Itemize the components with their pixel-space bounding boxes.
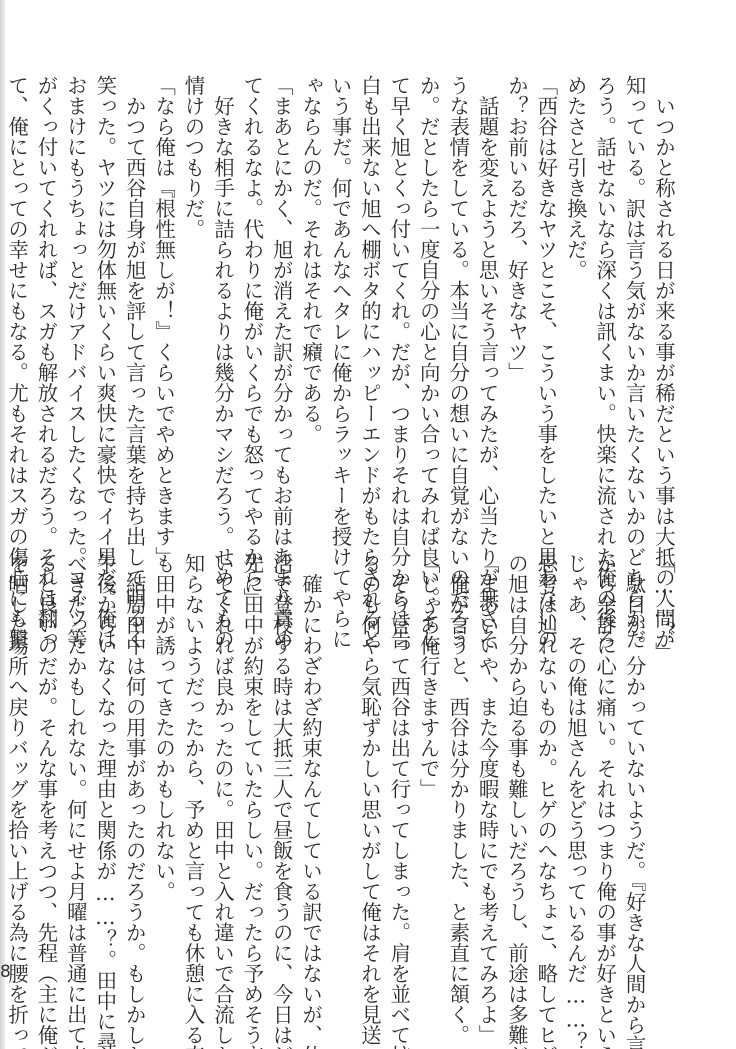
text-column: 午後からいなくなった理由と関係が……？。田中に尋ねてみる [90, 553, 119, 998]
text-column: か？お前いるだろ、好きなヤツ」 [502, 75, 531, 520]
text-column: てくれるなよ。代わりに俺がいくらでも怒ってやるから」 [237, 75, 266, 520]
text-column: 白も出来ない旭へ棚ボタ的にハッピーエンドがもたらされると [355, 75, 384, 520]
text-column: いう事だ。何であんなヘタレに俺からラッキーを授けてやらに [325, 75, 354, 520]
text-column: じゃあ、その俺は旭さんをどう思っているんだ……？』という [560, 553, 589, 998]
text-column: がくっ付いてくれれば、スガも解放されるだろう。それは翻っ [31, 75, 60, 520]
text-column: 駄目か。分かっていないようだ。『好きな人間から言われる [619, 553, 648, 998]
text-column: 笑った。ヤツには勿体無いくらい爽快に豪快でイイ男だ。俺は [90, 75, 119, 520]
text-column: いつかと称される日が来る事が稀だという事は大抵の人間が [649, 75, 678, 520]
text-column: 「まあいいや、また今度暇な時にでも考えてみろよ」 [472, 553, 501, 998]
text-column: いてくれれば良かったのに。田中と入れ違いで合流したスガも [208, 553, 237, 998]
text-column: 知らないようだったから、予めと言っても休憩に入る直前にで [178, 553, 207, 998]
text-column: ろう。話せないなら深くは訊くまい。快楽に流された俺の後ろ [590, 75, 619, 520]
text-column: るのも何やら気恥ずかしい思いがして俺はそれを見送った。 [355, 553, 384, 998]
manga-text-page: 8 いつかと称される日が来る事が稀だという事は大抵の人間が知っている。訳は言う気… [0, 0, 736, 1049]
text-column: おまけにもうちょっとだけアドバイスしたくなった。コイツ等 [60, 75, 89, 520]
text-column: べきだったかもしれない。何にせよ月曜は普通に出て来てくれ [60, 553, 89, 998]
text-column: ると良いのだが。そんな事を考えつつ、先程（主に俺が）痴態 [31, 553, 60, 998]
text-column: 確かにわざわざ約束なんてしている訳ではないが、休日に部 [296, 553, 325, 998]
text-column: 活で登校する時は大抵三人で昼飯を食うのに、今日はどうやら [266, 553, 295, 998]
text-column: て、俺にとっての幸せにもなる。尤もそれはスガの傷心にも繋 [2, 75, 31, 520]
text-column: 「西谷は好きなヤツとこそ、こういう事をしたいと思わないの [531, 75, 560, 520]
text-column: ゃならんのだ。それはそれで癪である。 [296, 75, 325, 520]
text-column: 思考は辿れないものか。ヒゲのへなちょこ、略してヒゲちょこ [531, 553, 560, 998]
text-column: の旭は自分から迫る事も難しいだろうし、前途は多難だ。 [502, 553, 531, 998]
text-column [325, 553, 354, 998]
text-column: うな表情をしている。本当に自分の想いに自覚がないのだろう [443, 75, 472, 520]
text-column: て早く旭とくっ付いてくれ。だが、つまりそれは自分からは告 [384, 75, 413, 520]
text-column: 先に田中が約束をしていたらしい。だったら予めそう言ってお [237, 553, 266, 998]
text-column: そう言って西谷は出て行ってしまった。肩を並べて校舎を出 [384, 553, 413, 998]
text-column: 話題を変えようと思いそう言ってみたが、心当たりが無さそ [472, 75, 501, 520]
text-block-top: いつかと称される日が来る事が稀だという事は大抵の人間が知っている。訳は言う気がな… [0, 75, 678, 520]
text-column: 「なら俺は『根性無しが！』くらいでやめときます」 [149, 75, 178, 520]
text-column: 俺は慌ててトイレに引き返した。バッグにティッシュを持ち合 [0, 553, 2, 998]
text-column: 「……？」 [649, 553, 678, 998]
text-column: 結局田中は何の用事があったのだろうか。もしかしたら旭が [119, 553, 148, 998]
text-column: 知っている。訳は言う気がないか言いたくないかのどちらかだ [619, 75, 648, 520]
text-column: 情けのつもりだ。 [178, 75, 207, 520]
text-column: 「じゃあ俺行きますんで」 [413, 553, 442, 998]
text-column: 好きな相手に詰られるよりは幾分かマシだろう。せめてもの [208, 75, 237, 520]
text-column: か。だとしたら一度自分の心と向かい合ってみれば良い。そし [413, 75, 442, 520]
text-column: も田中が誘ってきたのかもしれない。 [149, 553, 178, 998]
text-column: から余計に心に痛い。それはつまり俺の事が好きという事だ。 [590, 553, 619, 998]
text-column: 俺が言うと、西谷は分かりました、と素直に頷く。 [443, 553, 472, 998]
text-column: めたさと引き換えだ。 [560, 75, 589, 520]
text-column: かつて西谷自身が旭を評して言った言葉を持ち出して明るく [119, 75, 148, 520]
text-block-bottom: 「……？」 駄目か。分かっていないようだ。『好きな人間から言われるから余計に心に… [0, 553, 678, 998]
text-column: 「まあとにかく、旭が消えた訳が分かってもお前はあまり責め [266, 75, 295, 520]
text-column: を晒した場所へ戻りバッグを拾い上げる為に腰を折って……、 [2, 553, 31, 998]
